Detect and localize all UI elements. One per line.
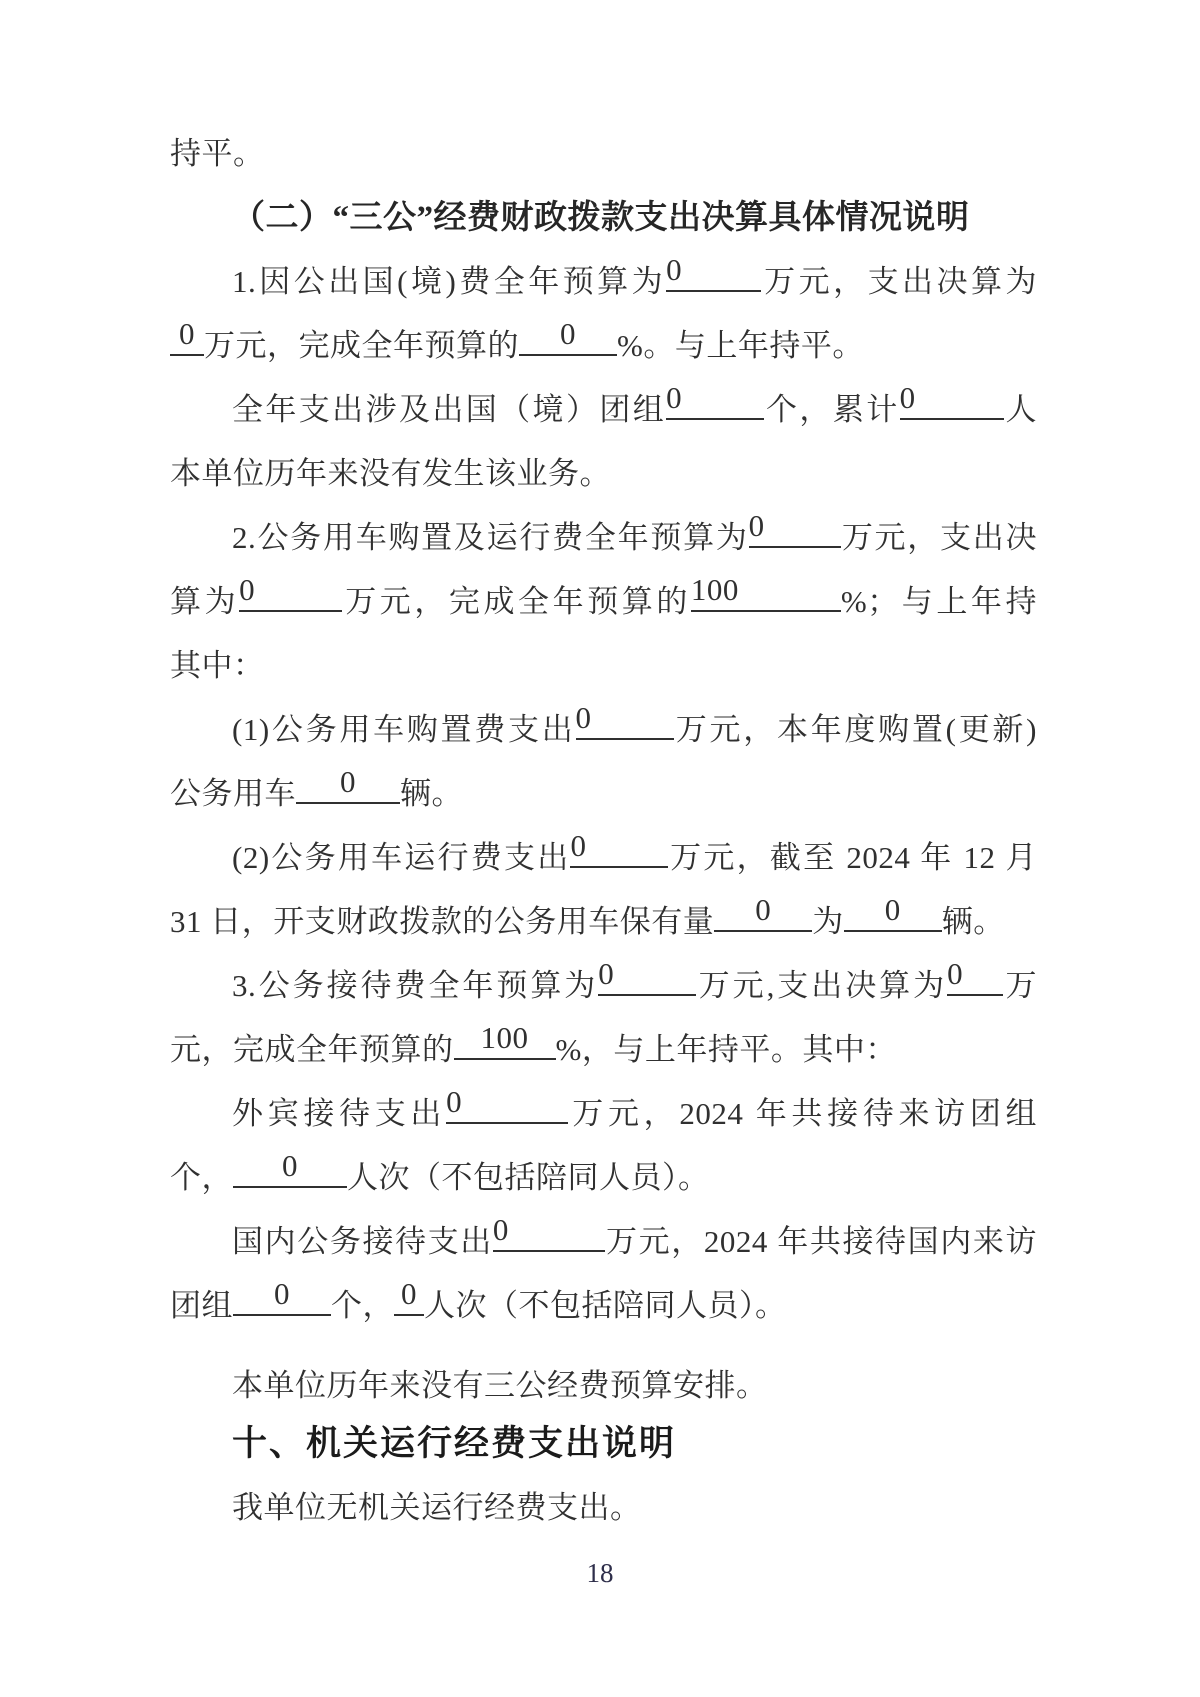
text-segment: 万元，支出决算为 xyxy=(761,264,1037,299)
text-segment: 外宾接待支出 xyxy=(232,1096,446,1131)
text-segment: 持平。 xyxy=(170,136,265,171)
line-vehicle-budget: 2.公务用车购置及运行费全年预算为0万元，支出决 xyxy=(170,506,1037,570)
line-abroad-budget: 1.因公出国(境)费全年预算为0万元，支出决算为 xyxy=(170,250,1037,314)
text-segment: 为 xyxy=(812,904,844,939)
line-vehicle-operating: (2)公务用车运行费支出0万元，截至 2024 年 12 月 xyxy=(170,826,1037,890)
line-reception-actual: 元，完成全年预算的100%，与上年持平。其中： xyxy=(170,1018,1037,1082)
heading-operating-expense: 十、机关运行经费支出说明 xyxy=(170,1412,1037,1476)
text-segment: 万元，2024 年共接待国内来访 xyxy=(605,1224,1037,1259)
blank-value: 0 xyxy=(714,890,812,932)
text-segment: 万元，2024 年共接待来访团组 xyxy=(568,1096,1037,1131)
text-segment: 万元，本年度购置(更新) xyxy=(674,712,1037,747)
text-segment: 万元，截至 2024 年 12 月 xyxy=(668,840,1037,875)
line-reception-budget: 3.公务接待费全年预算为0万元,支出决算为0万 xyxy=(170,954,1037,1018)
line-foreign-guests: 外宾接待支出0万元，2024 年共接待来访团组 xyxy=(170,1082,1037,1146)
blank-value: 0 xyxy=(947,954,1003,996)
blank-value: 0 xyxy=(570,826,668,868)
document-page: 持平。（二）“三公”经费财政拨款支出决算具体情况说明1.因公出国(境)费全年预算… xyxy=(0,0,1200,1697)
text-segment: 算为 xyxy=(170,584,239,619)
heading-sangong-detail: （二）“三公”经费财政拨款支出决算具体情况说明 xyxy=(170,186,1037,250)
line-no-operating-expense: 我单位无机关运行经费支出。 xyxy=(170,1476,1037,1540)
blank-value: 0 xyxy=(666,378,764,420)
text-segment: 万元，完成全年预算的 xyxy=(342,584,691,619)
blank-value: 0 xyxy=(296,762,400,804)
text-segment: （二）“三公”经费财政拨款支出决算具体情况说明 xyxy=(232,200,970,236)
line-vehicle-actual: 算为0万元，完成全年预算的100%；与上年持平。 xyxy=(170,570,1037,634)
blank-value: 0 xyxy=(239,570,342,612)
text-segment: 我单位无机关运行经费支出。 xyxy=(232,1490,642,1525)
line-abroad-none: 本单位历年来没有发生该业务。 xyxy=(170,442,1037,506)
blank-value: 0 xyxy=(519,314,617,356)
text-segment: 辆。 xyxy=(942,904,1005,939)
line-vehicle-count: 公务用车0辆。 xyxy=(170,762,1037,826)
text-segment: 元，完成全年预算的 xyxy=(170,1032,454,1067)
blank-value: 0 xyxy=(233,1146,347,1188)
text-segment: 万元，支出决 xyxy=(841,520,1037,555)
text-segment: (1)公务用车购置费支出 xyxy=(232,712,576,747)
text-segment: 十、机关运行经费支出说明 xyxy=(232,1424,676,1463)
blank-value: 100 xyxy=(691,570,841,612)
blank-value: 0 xyxy=(900,378,1004,420)
line-domestic-reception: 国内公务接待支出0万元，2024 年共接待国内来访 xyxy=(170,1210,1037,1274)
line-foreign-guests-count: 个，0人次（不包括陪同人员）。 xyxy=(170,1146,1037,1210)
text-segment: 3.公务接待费全年预算为 xyxy=(232,968,598,1003)
text-segment: 万元，完成全年预算的 xyxy=(204,328,519,363)
blank-value: 0 xyxy=(493,1210,605,1252)
text-segment: 本单位历年来没有发生该业务。 xyxy=(170,456,611,491)
text-segment: 万 xyxy=(1003,968,1037,1003)
text-segment: 个， xyxy=(331,1288,394,1323)
text-segment: 全年支出涉及出国（境）团组 xyxy=(232,392,666,427)
line-abroad-actual: 0万元，完成全年预算的0%。与上年持平。 xyxy=(170,314,1037,378)
text-segment: 其中： xyxy=(170,648,265,683)
text-segment: 团组 xyxy=(170,1288,233,1323)
text-segment: 人次（不包括陪同人员）。 xyxy=(347,1160,710,1195)
text-segment: 31 日，开支财政拨款的公务用车保有量 xyxy=(170,904,714,939)
text-segment: 2.公务用车购置及运行费全年预算为 xyxy=(232,520,749,555)
text-segment: 公务用车 xyxy=(170,776,296,811)
text-segment: 个， xyxy=(170,1160,233,1195)
blank-value: 0 xyxy=(598,954,696,996)
blank-value: 0 xyxy=(170,314,204,356)
line-vehicle-purchase: (1)公务用车购置费支出0万元，本年度购置(更新) xyxy=(170,698,1037,762)
line-abroad-groups: 全年支出涉及出国（境）团组0个，累计0人次， xyxy=(170,378,1037,442)
text-segment: 万元,支出决算为 xyxy=(696,968,947,1003)
blank-value: 0 xyxy=(233,1274,331,1316)
line-domestic-reception-count: 团组0个，0人次（不包括陪同人员）。 xyxy=(170,1274,1037,1338)
text-segment: 人次（不包括陪同人员）。 xyxy=(424,1288,787,1323)
blank-value: 0 xyxy=(576,698,674,740)
line-among-them: 其中： xyxy=(170,634,1037,698)
text-segment: 1.因公出国(境)费全年预算为 xyxy=(232,264,666,299)
text-segment: %。与上年持平。 xyxy=(617,328,864,363)
blank-value: 0 xyxy=(666,250,761,292)
blank-value: 0 xyxy=(749,506,841,548)
blank-value: 0 xyxy=(446,1082,568,1124)
blank-value: 0 xyxy=(844,890,942,932)
text-segment: (2)公务用车运行费支出 xyxy=(232,840,570,875)
document-body: 持平。（二）“三公”经费财政拨款支出决算具体情况说明1.因公出国(境)费全年预算… xyxy=(0,0,1200,1540)
text-segment: 国内公务接待支出 xyxy=(232,1224,493,1259)
text-segment: 本单位历年来没有三公经费预算安排。 xyxy=(232,1368,768,1403)
blank-value: 100 xyxy=(454,1018,556,1060)
text-segment: 辆。 xyxy=(400,776,463,811)
blank-value: 0 xyxy=(394,1274,424,1316)
line-no-sangong-budget: 本单位历年来没有三公经费预算安排。 xyxy=(170,1354,1037,1418)
line-vehicle-holding: 31 日，开支财政拨款的公务用车保有量0为0辆。 xyxy=(170,890,1037,954)
page-number: 18 xyxy=(0,1558,1200,1589)
para-carryover: 持平。 xyxy=(170,122,1037,186)
text-segment: %，与上年持平。其中： xyxy=(556,1032,897,1067)
text-segment: 个，累计 xyxy=(764,392,899,427)
